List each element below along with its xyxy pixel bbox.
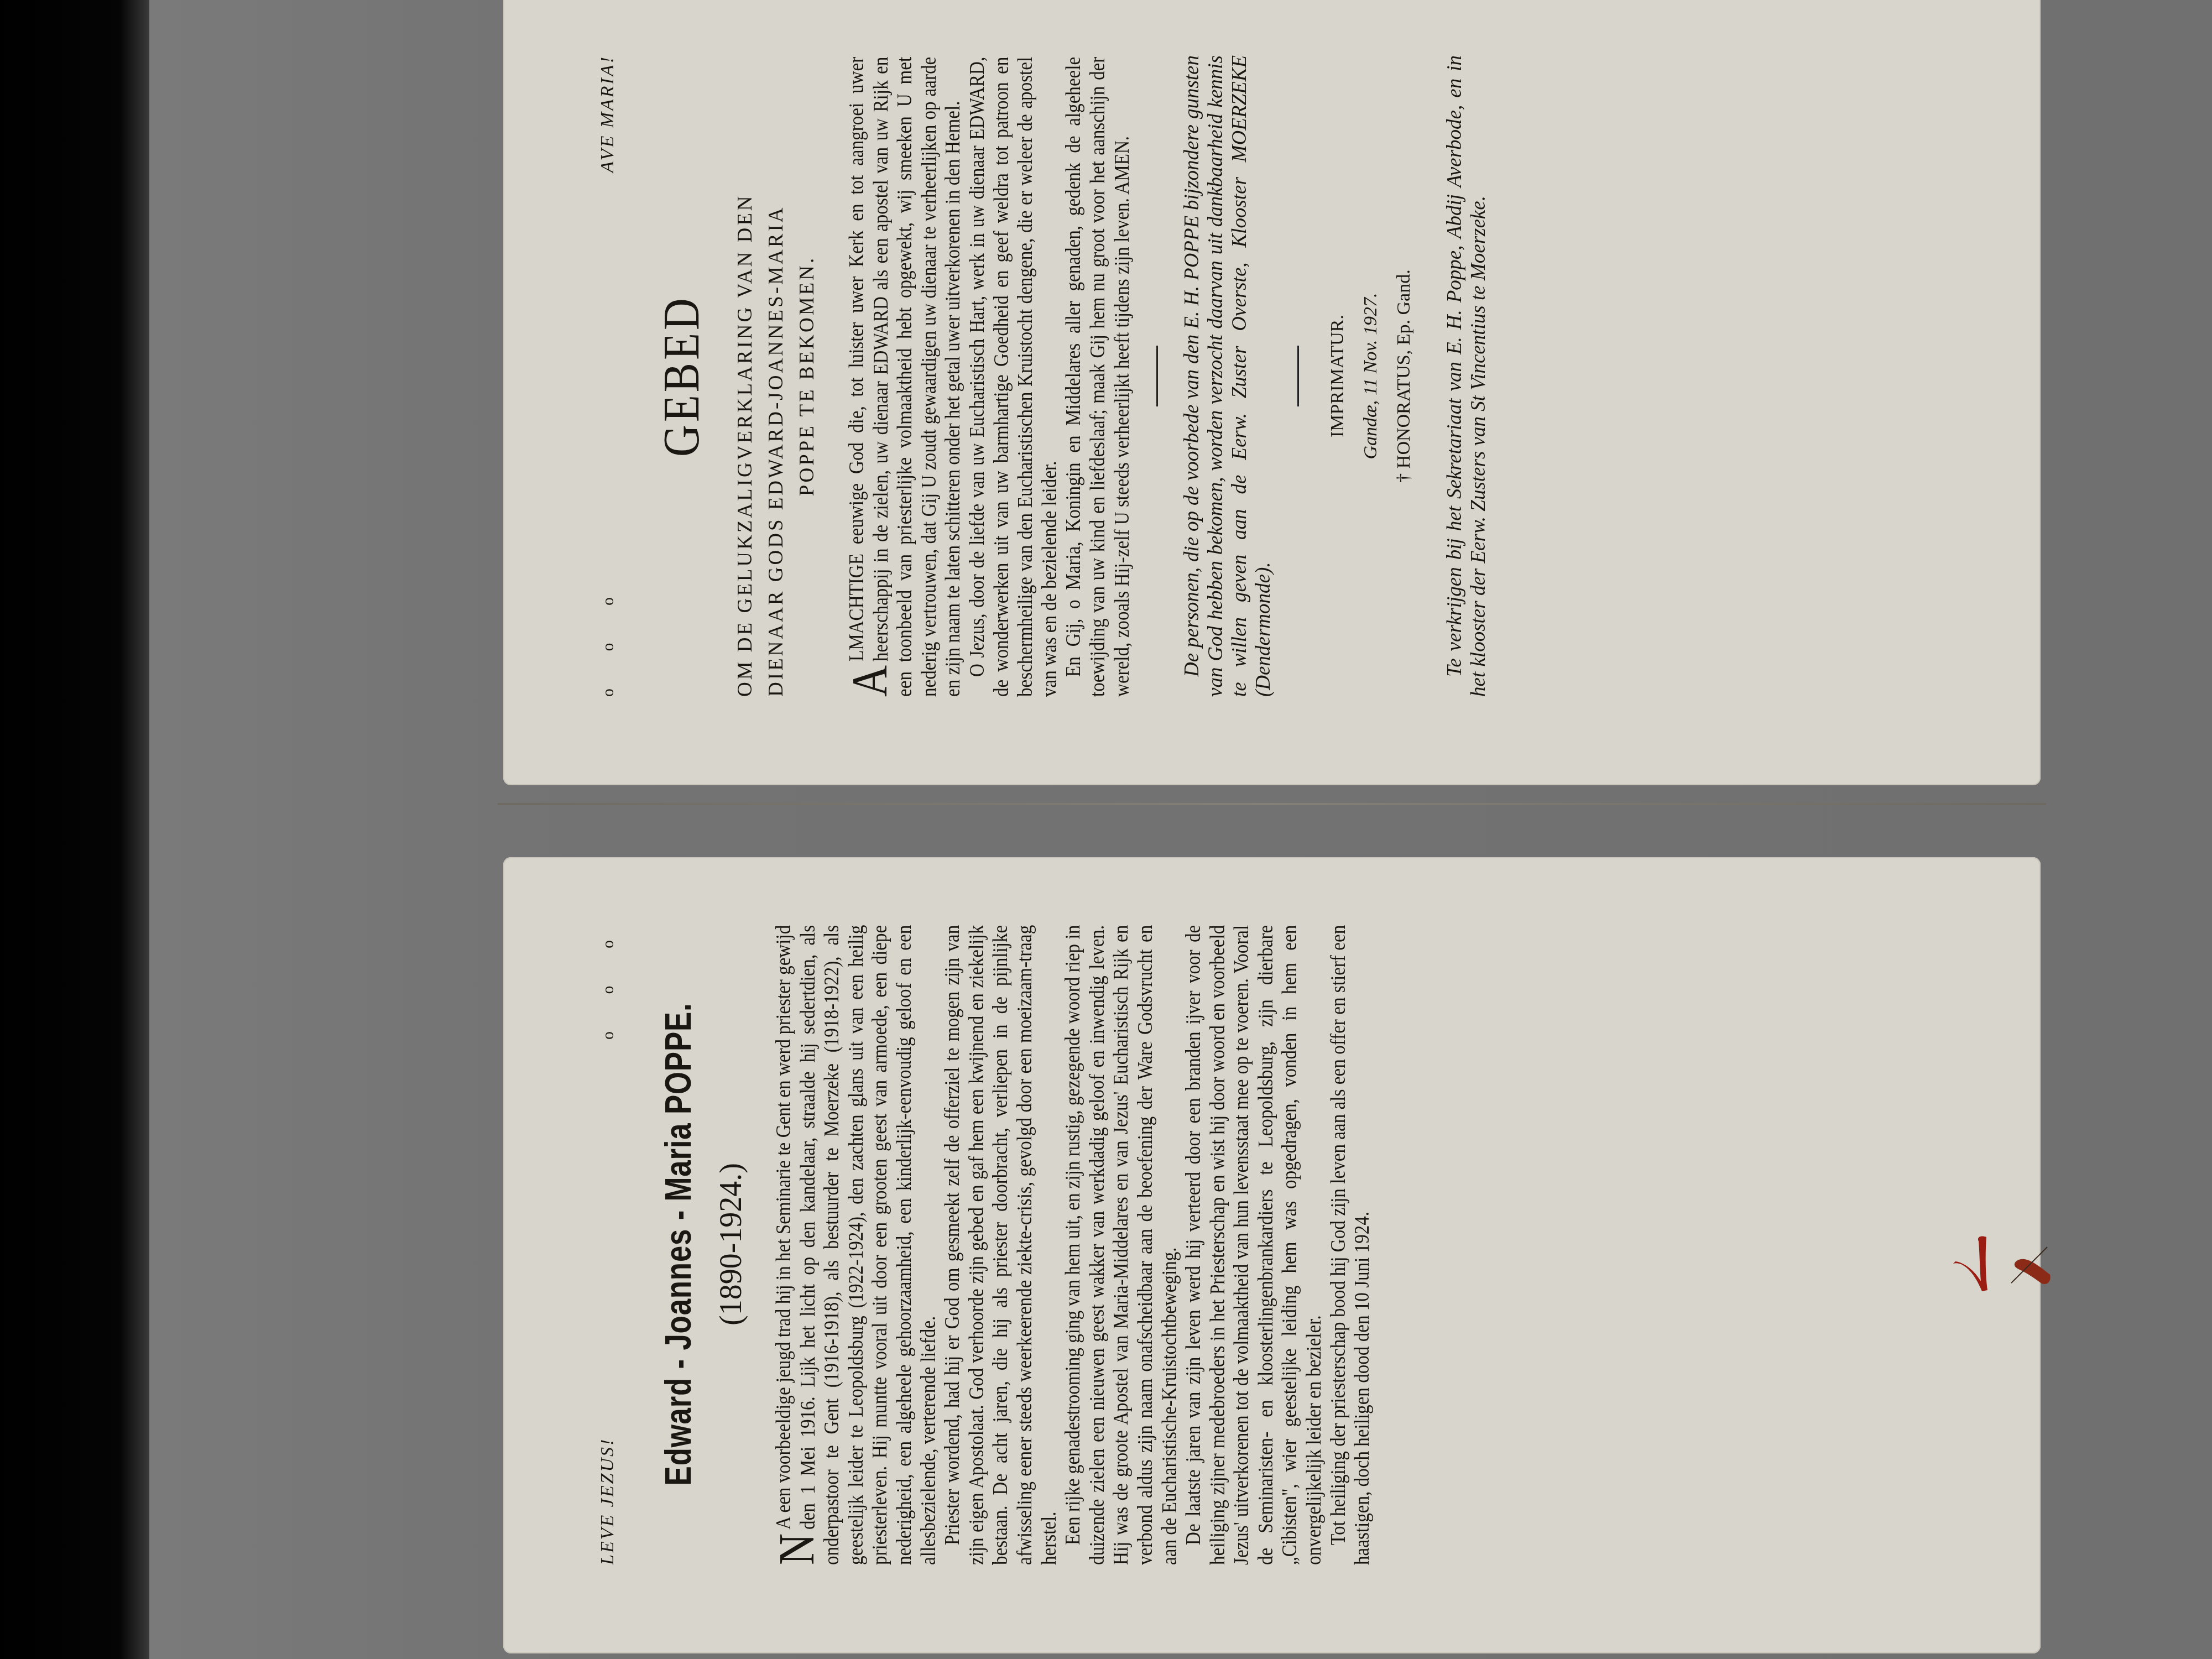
bio-paragraph: Tot heiliging der priesterschap bood hij… xyxy=(1327,925,1375,1565)
divider xyxy=(1156,346,1158,406)
gebed-title: GEBED xyxy=(651,103,711,649)
page-biography: LEVE JEZUS! o o o Edward - Joannes - Mar… xyxy=(503,857,2041,1653)
availability-text: Te verkrijgen bij het Sekretariaat van E… xyxy=(1443,55,1490,697)
header-leve-jezus: LEVE JEZUS! xyxy=(597,1438,618,1565)
header-ave-maria: AVE MARIA! xyxy=(597,55,618,173)
ornament: o o o xyxy=(599,581,618,697)
imprimatur-label: IMPRIMATUR. xyxy=(1321,55,1354,697)
imprimatur: IMPRIMATUR. Gandæ, 11 Nov. 1927. † HONOR… xyxy=(1321,55,1421,697)
bio-paragraph: De laatste jaren van zijn leven werd hij… xyxy=(1182,925,1327,1565)
page-gebed: o o o AVE MARIA! GEBED OM DE GELUKZALIGV… xyxy=(503,0,2041,785)
favours-notice: De personen, die op de voorbede van den … xyxy=(1180,55,1275,697)
subtitle-line: DIENAAR GODS EDWARD-JOANNES-MARIA xyxy=(765,206,787,697)
imprimatur-signature: † HONORATUS, Ep. Gand. xyxy=(1387,55,1421,697)
gebed-subtitle: OM DE GELUKZALIGVERKLARING VAN DEN DIENA… xyxy=(730,55,823,697)
biography-years: (1890-1924.) xyxy=(713,924,749,1565)
bio-paragraph: Priester wordend, had hij er God om gesm… xyxy=(941,925,1061,1565)
subtitle-line: POPPE TE BEKOMEN. xyxy=(792,55,823,697)
biography-text: NA een voorbeeldige jeugd trad hij in he… xyxy=(772,925,1375,1565)
biography-header: LEVE JEZUS! o o o xyxy=(597,924,618,1565)
red-wax-seal-mark-icon xyxy=(1942,1230,2053,1302)
prayer-paragraph: LMACHTIGE eeuwige God die, tot luister u… xyxy=(845,57,964,697)
divider xyxy=(1297,346,1299,406)
bio-paragraph: A een voorbeeldige jeugd trad hij in het… xyxy=(772,925,940,1565)
bio-paragraph: Een rijke genadestrooming ging van hem u… xyxy=(1061,925,1182,1565)
prayer-card: o o o AVE MARIA! GEBED OM DE GELUKZALIGV… xyxy=(498,0,2046,1659)
imprimatur-place-date: Gandæ, 11 Nov. 1927. xyxy=(1354,55,1387,697)
gebed-prayer: ALMACHTIGE eeuwige God die, tot luister … xyxy=(845,57,1134,697)
prayer-paragraph: En Gij, o Maria, Koningin en Middelares … xyxy=(1062,57,1134,697)
card-fold-line xyxy=(498,803,2046,805)
biography-title: Edward - Joannes - Maria POPPE. xyxy=(657,988,699,1501)
subtitle-line: OM DE GELUKZALIGVERKLARING VAN DEN xyxy=(734,194,757,697)
notice-text: De personen, die op de voorbede van den … xyxy=(1180,55,1275,697)
prayer-paragraph: O Jezus, door de liefde van uw Eucharist… xyxy=(966,57,1062,697)
gebed-header: o o o AVE MARIA! xyxy=(597,55,618,697)
dropcap: A xyxy=(847,665,891,697)
dropcap: N xyxy=(774,1533,818,1565)
availability-notice: Te verkrijgen bij het Sekretariaat van E… xyxy=(1443,55,1490,697)
scanner-black-band xyxy=(0,0,149,1659)
ornament: o o o xyxy=(599,924,618,1040)
